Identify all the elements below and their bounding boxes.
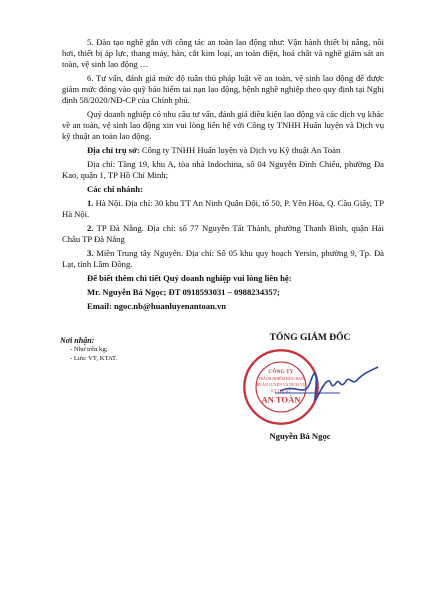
head-office-company: Công ty TNHH Huấn luyện và Dịch vụ Kỹ th…: [140, 145, 341, 155]
branch-item: 2. TP Đà Nẵng. Địa chỉ: số 77 Nguyễn Tất…: [62, 223, 384, 245]
contact-person: Mr. Nguyễn Bá Ngọc; ĐT 0918593031 – 0988…: [62, 287, 384, 298]
paragraph-contact-intro: Quý doanh nghiệp có nhu cầu tư vấn, đánh…: [62, 109, 384, 142]
contact-email[interactable]: Email: ngoc.nb@huanluyenantoan.vn: [62, 301, 384, 312]
head-office-line: Địa chỉ trụ sở: Công ty TNHH Huấn luyện …: [62, 145, 384, 156]
branches-label: Các chi nhánh:: [62, 184, 384, 195]
paragraph-item-6: 6. Tư vấn, đánh giá mức độ tuân thủ pháp…: [62, 73, 384, 106]
paragraph-item-5: 5. Đào tạo nghề gắn với công tác an toàn…: [62, 37, 384, 70]
branch-item: 1. Hà Nội. Địa chỉ: 30 khu TT An Ninh Qu…: [62, 198, 384, 220]
recipients-title: Nơi nhận:: [60, 336, 117, 345]
signature-block: TỔNG GIÁM ĐỐC CÔNG TY TRÁCH NHIỆM HỮU HẠ…: [230, 333, 390, 343]
branch-item: 3. Miền Trung tây Nguyên. Địa chỉ: Số 05…: [62, 248, 384, 270]
signature-title: TỔNG GIÁM ĐỐC: [230, 333, 390, 343]
recipient-item: - Như trên kg;: [60, 345, 117, 354]
recipients-block: Nơi nhận: - Như trên kg; - Lưu: VT, KTAT…: [60, 336, 117, 363]
head-office-label: Địa chỉ trụ sở:: [87, 145, 140, 155]
document-body: 5. Đào tạo nghề gắn với công tác an toàn…: [62, 37, 384, 315]
head-office-address: Địa chỉ: Tầng 19, khu A, tòa nhà Indochi…: [62, 159, 384, 181]
handwritten-signature-icon: [270, 353, 380, 413]
signatory-name: Nguyễn Bá Ngọc: [230, 431, 370, 441]
recipient-item: - Lưu: VT, KTAT.: [60, 354, 117, 363]
contact-more-info: Để biết thêm chi tiết Quý doanh nghiệp v…: [62, 273, 384, 284]
